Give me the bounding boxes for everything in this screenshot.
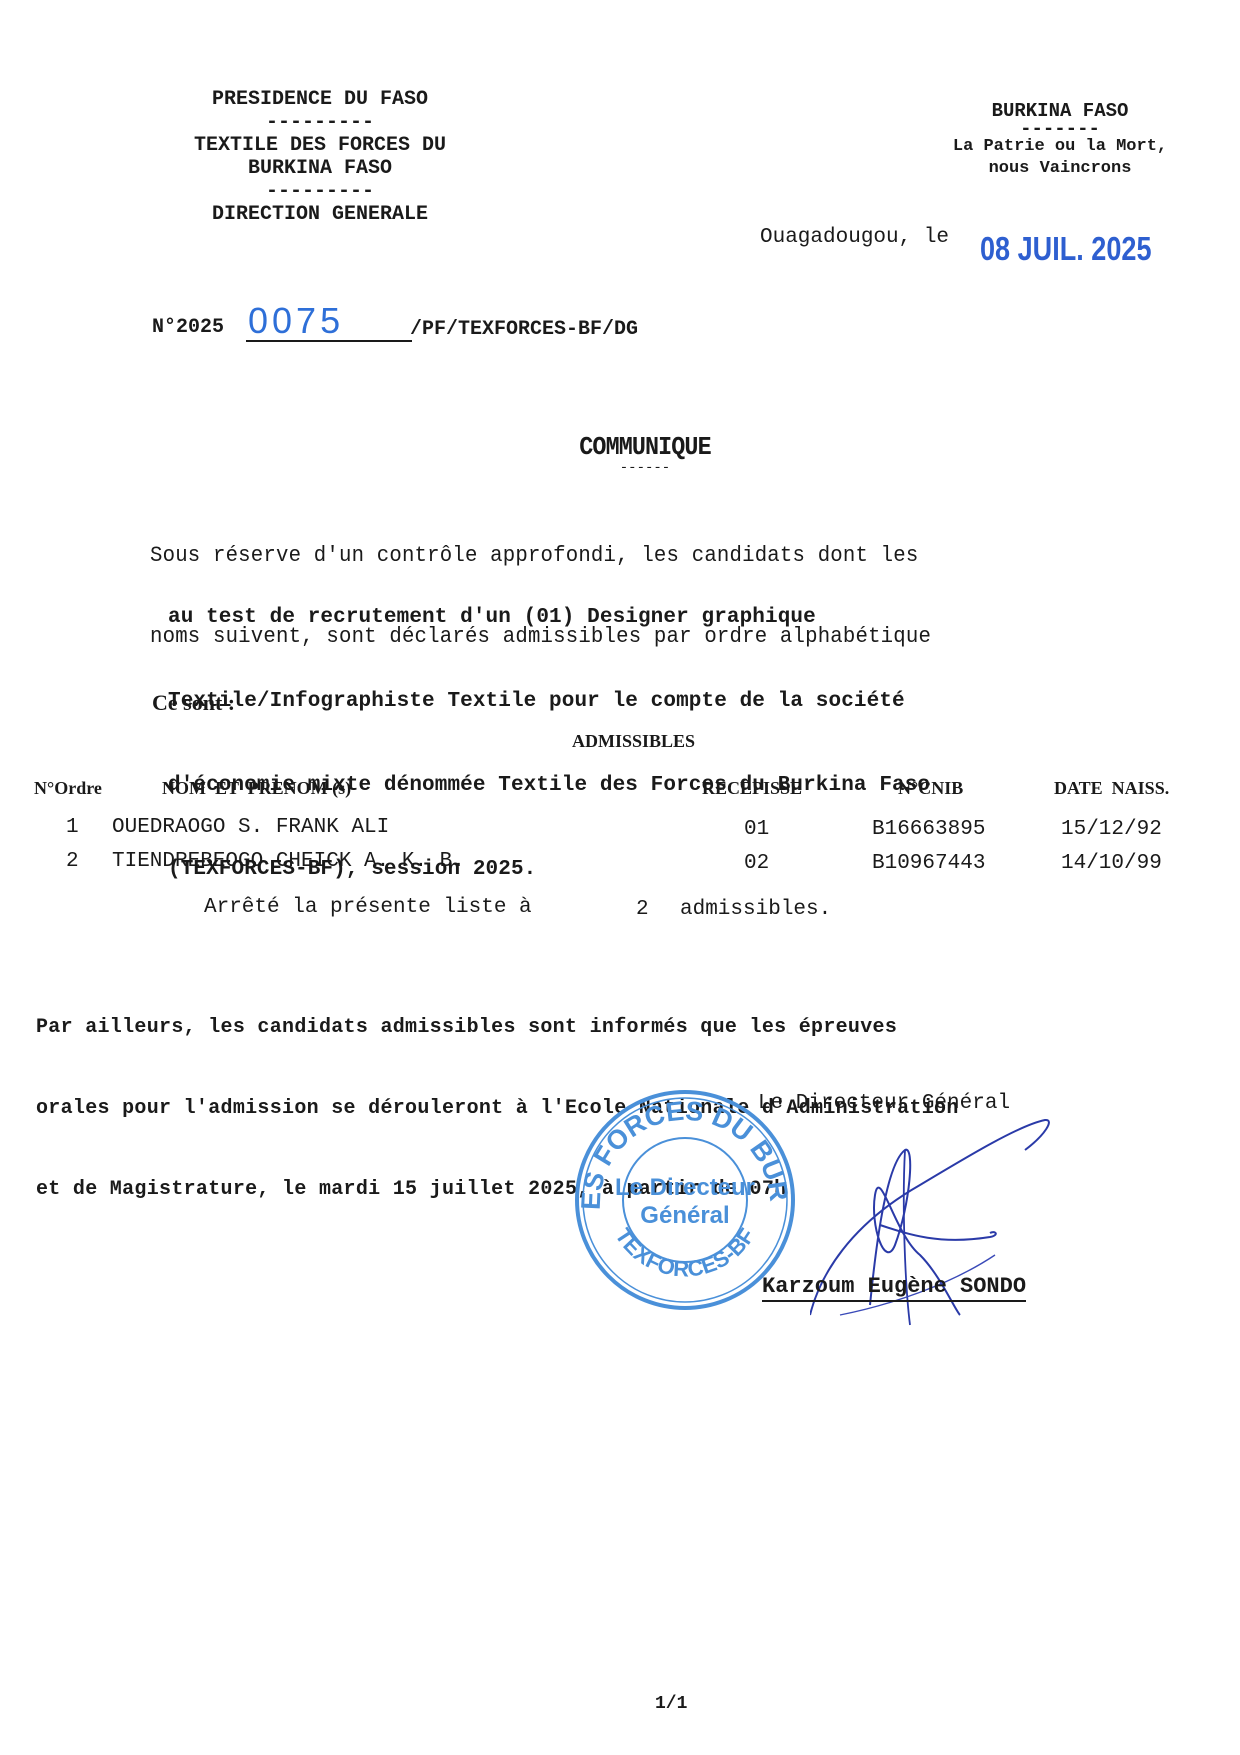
intro-bold-line: Textile/Infographiste Textile pour le co… xyxy=(168,688,930,716)
svg-text:Général: Général xyxy=(640,1202,729,1229)
cell-ordre: 1 xyxy=(66,816,79,839)
column-header-date: DATE NAISS. xyxy=(1054,778,1169,799)
issuer-company-line2: BURKINA FASO xyxy=(150,157,490,180)
place-label: Ouagadougou, le xyxy=(760,226,949,249)
issuer-direction: DIRECTION GENERALE xyxy=(150,203,490,226)
page-number: 1/1 xyxy=(655,1694,687,1714)
date-stamp: 08 JUIL. 2025 xyxy=(980,230,1151,268)
cell-recepisse: 02 xyxy=(744,852,769,875)
column-header-ordre: N°Ordre xyxy=(34,778,102,799)
cell-recepisse: 01 xyxy=(744,818,769,841)
table-title: ADMISSIBLES xyxy=(572,731,695,752)
issuer-separator: --------- xyxy=(150,111,490,134)
motto-line2: nous Vaincrons xyxy=(930,158,1190,180)
svg-text:TEXFORCES-BF: TEXFORCES-BF xyxy=(610,1224,759,1282)
arrete-text: Arrêté la présente liste à xyxy=(204,896,532,919)
intro-bold-line: au test de recrutement d'un (01) Designe… xyxy=(168,604,930,632)
motto-line1: La Patrie ou la Mort, xyxy=(930,136,1190,158)
admissibles-count: 2 xyxy=(636,898,649,921)
reference-suffix: /PF/TEXFORCES-BF/DG xyxy=(410,318,638,341)
arrete-suffix: admissibles. xyxy=(680,898,831,921)
column-header-nom: NOM ET PRENOM (s) xyxy=(162,778,351,799)
cell-cnib: B10967443 xyxy=(872,852,985,875)
issuer-presidency: PRESIDENCE DU FASO xyxy=(150,88,490,111)
issuer-company-line1: TEXTILE DES FORCES DU xyxy=(150,134,490,157)
title-rule: ------ xyxy=(440,460,850,476)
cell-cnib: B16663895 xyxy=(872,818,985,841)
reference-number-stamp: 0075 xyxy=(248,300,344,342)
country-header: BURKINA FASO ------- La Patrie ou la Mor… xyxy=(930,100,1190,180)
issuer-header: PRESIDENCE DU FASO --------- TEXTILE DES… xyxy=(150,88,490,226)
cell-ordre: 2 xyxy=(66,850,79,873)
ce-sont-label: Ce sont : xyxy=(152,690,235,716)
reference-prefix: N°2025 xyxy=(152,316,224,339)
reference-underline xyxy=(246,340,412,342)
svg-text:Le Directeur: Le Directeur xyxy=(615,1174,755,1201)
signatory-name: Karzoum Eugène SONDO xyxy=(762,1274,1026,1302)
cell-nom: OUEDRAOGO S. FRANK ALI xyxy=(112,816,389,839)
column-header-cnib: N°CNIB xyxy=(898,778,963,799)
country-separator: ------- xyxy=(930,122,1190,136)
cell-date: 14/10/99 xyxy=(1061,852,1162,875)
column-header-recepisse: RECEPISSE xyxy=(702,778,802,799)
cell-nom: TIENDREBEOGO CHEICK A. K. B. xyxy=(112,850,465,873)
cell-date: 15/12/92 xyxy=(1061,818,1162,841)
closing-line: Par ailleurs, les candidats admissibles … xyxy=(36,1014,959,1041)
document-title: COMMUNIQUE xyxy=(461,432,830,462)
issuer-separator: --------- xyxy=(150,180,490,203)
